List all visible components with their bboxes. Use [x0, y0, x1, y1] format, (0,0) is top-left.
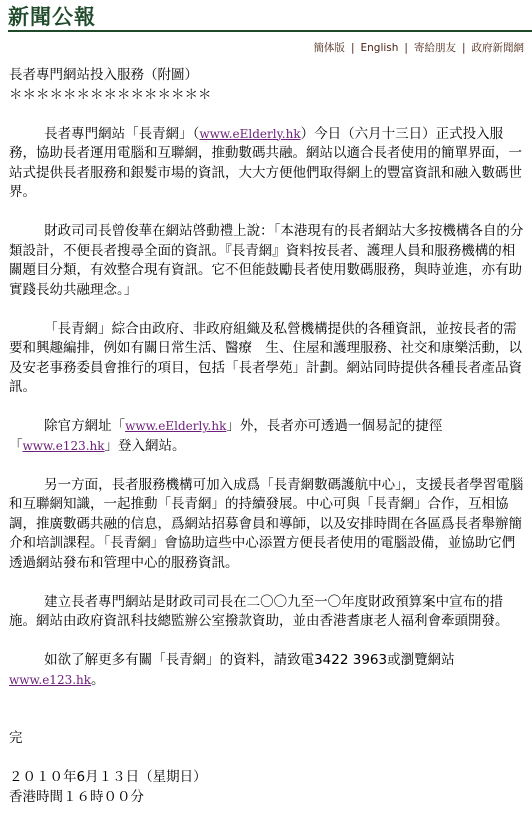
article-title: 長者專門網站投入服務（附圖） [9, 66, 527, 86]
release-time: 香港時間１６時００分 [9, 788, 527, 808]
paragraph-7: 如欲了解更多有關「長青網」的資料，請致電3422 3963或瀏覽網站www.e1… [9, 651, 527, 690]
end-marker: 完 [9, 729, 527, 749]
title-underline-stars: ＊＊＊＊＊＊＊＊＊＊＊＊＊＊＊ [9, 86, 527, 106]
top-nav: 簡体版|English|寄給朋友|政府新聞網 [313, 40, 524, 55]
article-body: 長者專門網站投入服務（附圖） ＊＊＊＊＊＊＊＊＊＊＊＊＊＊＊ 長者專門網站「長青… [9, 66, 527, 807]
nav-government-news[interactable]: 政府新聞網 [472, 42, 525, 54]
eelderly-link[interactable]: www.eElderly.hk [125, 419, 226, 433]
nav-separator: | [345, 42, 361, 54]
eelderly-link[interactable]: www.eElderly.hk [199, 127, 300, 141]
paragraph-5: 另一方面，長者服務機構可加入成爲「長青網數碼護航中心」，支援長者學習電腦和互聯網… [9, 476, 527, 574]
e123-link[interactable]: www.e123.hk [23, 439, 105, 453]
press-release-title: 新聞公報 [8, 4, 532, 30]
page-header: 新聞公報 [8, 4, 532, 30]
paragraph-1: 長者專門網站「長青網」（www.eElderly.hk）今日（六月十三日）正式投… [9, 125, 527, 203]
paragraph-6: 建立長者專門網站是財政司司長在二〇〇九至一〇年度財政預算案中宣布的措施。網站由政… [9, 593, 527, 632]
nav-send-to-friend[interactable]: 寄給朋友 [414, 42, 456, 54]
paragraph-4: 除官方網址「www.eElderly.hk」外，長者亦可透過一個易記的捷徑「ww… [9, 417, 527, 456]
release-date: ２０１０年6月１３日（星期日） [9, 768, 527, 788]
paragraph-3: 「長青網」綜合由政府、非政府組織及私營機構提供的各種資訊，並按長者的需要和興趣編… [9, 320, 527, 398]
header-divider [8, 30, 532, 32]
nav-english[interactable]: English [360, 42, 398, 54]
e123-link[interactable]: www.e123.hk [9, 673, 91, 687]
nav-simplified-chinese[interactable]: 簡体版 [313, 42, 345, 54]
paragraph-2: 財政司司長曾俊華在網站啓動禮上說：「本港現有的長者網站大多按機構各自的分類設計，… [9, 222, 527, 300]
nav-separator: | [398, 42, 414, 54]
nav-separator: | [456, 42, 472, 54]
